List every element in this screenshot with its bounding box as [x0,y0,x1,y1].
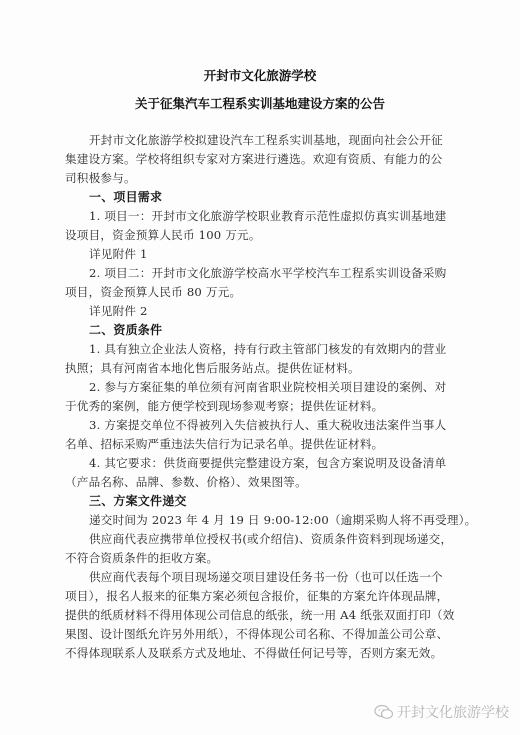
paragraph-line: 名单、招标采购严重违法失信行为记录名单。提供佐证材料。 [65,435,455,454]
paragraph-line: 司积极参与。 [65,169,455,188]
paragraph-line: 2. 参与方案征集的单位须有河南省职业院校相关项目建设的案例、对 [65,378,455,397]
notice-title: 关于征集汽车工程系实训基地建设方案的公告 [0,94,520,112]
paragraph-line: 项目，资金预算人民币 80 万元。 [65,283,455,302]
paragraph-line: 设项目，资金预算人民币 100 万元。 [65,226,455,245]
paragraph-line: 1. 具有独立企业法人资格，持有行政主管部门核发的有效期内的营业 [65,340,455,359]
paragraph-line: 供应商代表应携带单位授权书(或介绍信)、资质条件资料到现场递交， [65,530,455,549]
paragraph-line: 1. 项目一：开封市文化旅游学校职业教育示范性虚拟仿真实训基地建 [65,207,455,226]
paragraph-line: 果图、设计图纸允许另外用纸），不得体现公司名称、不得加盖公司公章、 [65,625,455,644]
paragraph-line: 不符合资质条件的拒收方案。 [65,549,455,568]
paragraph-line: 于优秀的案例，能方便学校到现场参观考察；提供佐证材料。 [65,397,455,416]
paragraph-line: 2. 项目二：开封市文化旅游学校高水平学校汽车工程系实训设备采购 [65,264,455,283]
wechat-watermark: 开封文化旅游学校 [374,702,509,722]
paragraph-line: （产品名称、品牌、参数、价格）、效果图等。 [65,473,455,492]
school-name-heading: 开封市文化旅游学校 [0,66,520,84]
paragraph-line: 供应商代表每个项目现场递交项目建设任务书一份（也可以任选一个 [65,568,455,587]
watermark-text: 开封文化旅游学校 [397,702,509,722]
section-heading: 三、方案文件递交 [65,492,455,511]
paragraph-line: 详见附件 2 [65,302,455,321]
paragraph-line: 集建设方案。学校将组织专家对方案进行遴选。欢迎有资质、有能力的公 [65,150,455,169]
paragraph-line: 开封市文化旅游学校拟建设汽车工程系实训基地，现面向社会公开征 [65,131,455,150]
paragraph-line: 不得体现联系人及联系方式及地址、不得做任何记号等，否则方案无效。 [65,644,455,663]
section-heading: 一、项目需求 [65,188,455,207]
paragraph-line: 提供的纸质材料不得用体现公司信息的纸张，统一用 A4 纸张双面打印（效 [65,606,455,625]
paragraph-line: 项目），报名人报来的征集方案必须包含报价，征集的方案允许体现品牌， [65,587,455,606]
paragraph-line: 4. 其它要求：供货商要提供完整建设方案，包含方案说明及设备清单 [65,454,455,473]
paragraph-line: 递交时间为 2023 年 4 月 19 日 9:00-12:00（逾期采购人将不… [65,511,455,530]
paragraph-line: 详见附件 1 [65,245,455,264]
notice-body: 开封市文化旅游学校拟建设汽车工程系实训基地，现面向社会公开征集建设方案。学校将组… [65,131,455,663]
wechat-icon [374,704,394,720]
paragraph-line: 3. 方案提交单位不得被列入失信被执行人、重大税收违法案件当事人 [65,416,455,435]
paragraph-line: 执照；具有河南省本地化售后服务站点。提供佐证材料。 [65,359,455,378]
document-page: 开封市文化旅游学校 关于征集汽车工程系实训基地建设方案的公告 开封市文化旅游学校… [0,0,520,735]
section-heading: 二、资质条件 [65,321,455,340]
